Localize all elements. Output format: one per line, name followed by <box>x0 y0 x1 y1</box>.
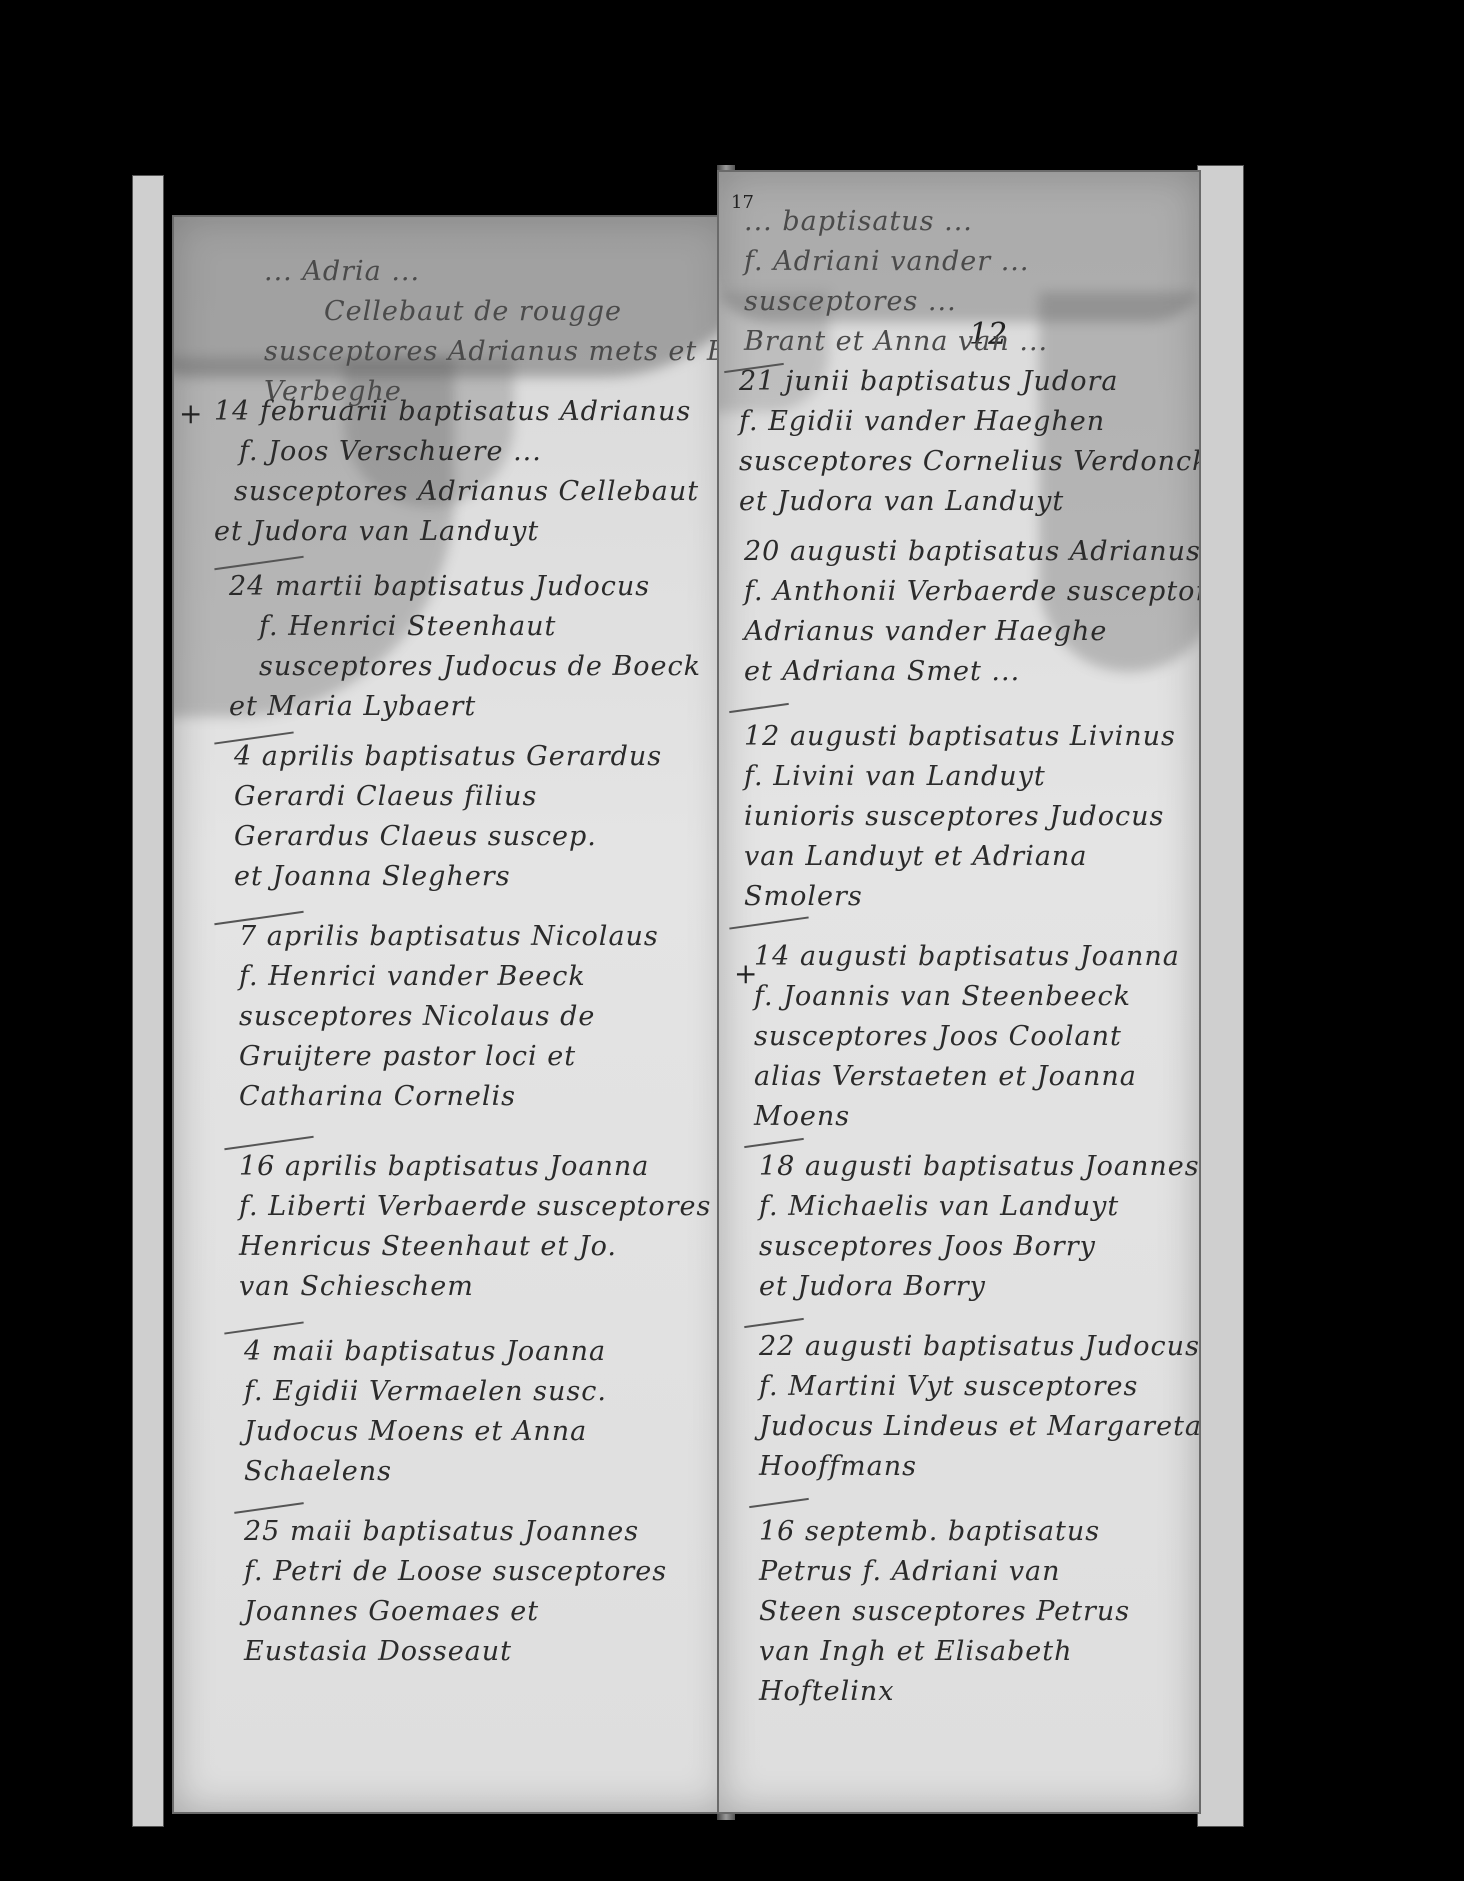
baptism-entry: 18 augusti baptisatus Joannes f. Michael… <box>759 1147 1200 1307</box>
baptism-entry: ... baptisatus ... f. Adriani vander ...… <box>744 202 1048 362</box>
entry-separator <box>729 703 789 713</box>
entry-separator <box>729 916 808 929</box>
baptism-entry: 24 martii baptisatus Judocus f. Henrici … <box>229 567 701 727</box>
baptism-entry: 14 augusti baptisatus Joanna f. Joannis … <box>754 937 1180 1137</box>
baptism-entry: 25 maii baptisatus Joannes f. Petri de L… <box>244 1512 667 1672</box>
left-page: ... Adria ... Cellebaut de rougge suscep… <box>172 215 731 1814</box>
baptism-entry: 12 augusti baptisatus Livinus f. Livini … <box>744 717 1176 917</box>
baptism-entry: 14 februarii baptisatus Adrianus f. Joos… <box>199 392 699 552</box>
baptism-entry: 22 augusti baptisatus Judocus f. Martini… <box>759 1327 1201 1487</box>
book-cover-edge-left <box>132 175 164 1827</box>
baptism-entry: 16 aprilis baptisatus Joanna f. Liberti … <box>239 1147 711 1307</box>
open-register-book: ... Adria ... Cellebaut de rougge suscep… <box>132 165 1242 1830</box>
baptism-entry: ... Adria ... Cellebaut de rougge suscep… <box>264 252 731 412</box>
baptism-entry: 4 aprilis baptisatus Gerardus Gerardi Cl… <box>234 737 662 897</box>
baptism-entry: 21 junii baptisatus Judora f. Egidii van… <box>739 362 1201 522</box>
baptism-entry: 7 aprilis baptisatus Nicolaus f. Henrici… <box>239 917 659 1117</box>
baptism-entry: 4 maii baptisatus Joanna f. Egidii Verma… <box>244 1332 607 1492</box>
baptism-entry: 20 augusti baptisatus Adrianus f. Anthon… <box>744 532 1201 692</box>
baptism-entry: 16 septemb. baptisatus Petrus f. Adriani… <box>759 1512 1130 1712</box>
right-page: 12 17 ... baptisatus ... f. Adriani vand… <box>717 170 1201 1814</box>
book-cover-edge-right <box>1197 165 1244 1827</box>
entry-separator <box>749 1498 809 1508</box>
